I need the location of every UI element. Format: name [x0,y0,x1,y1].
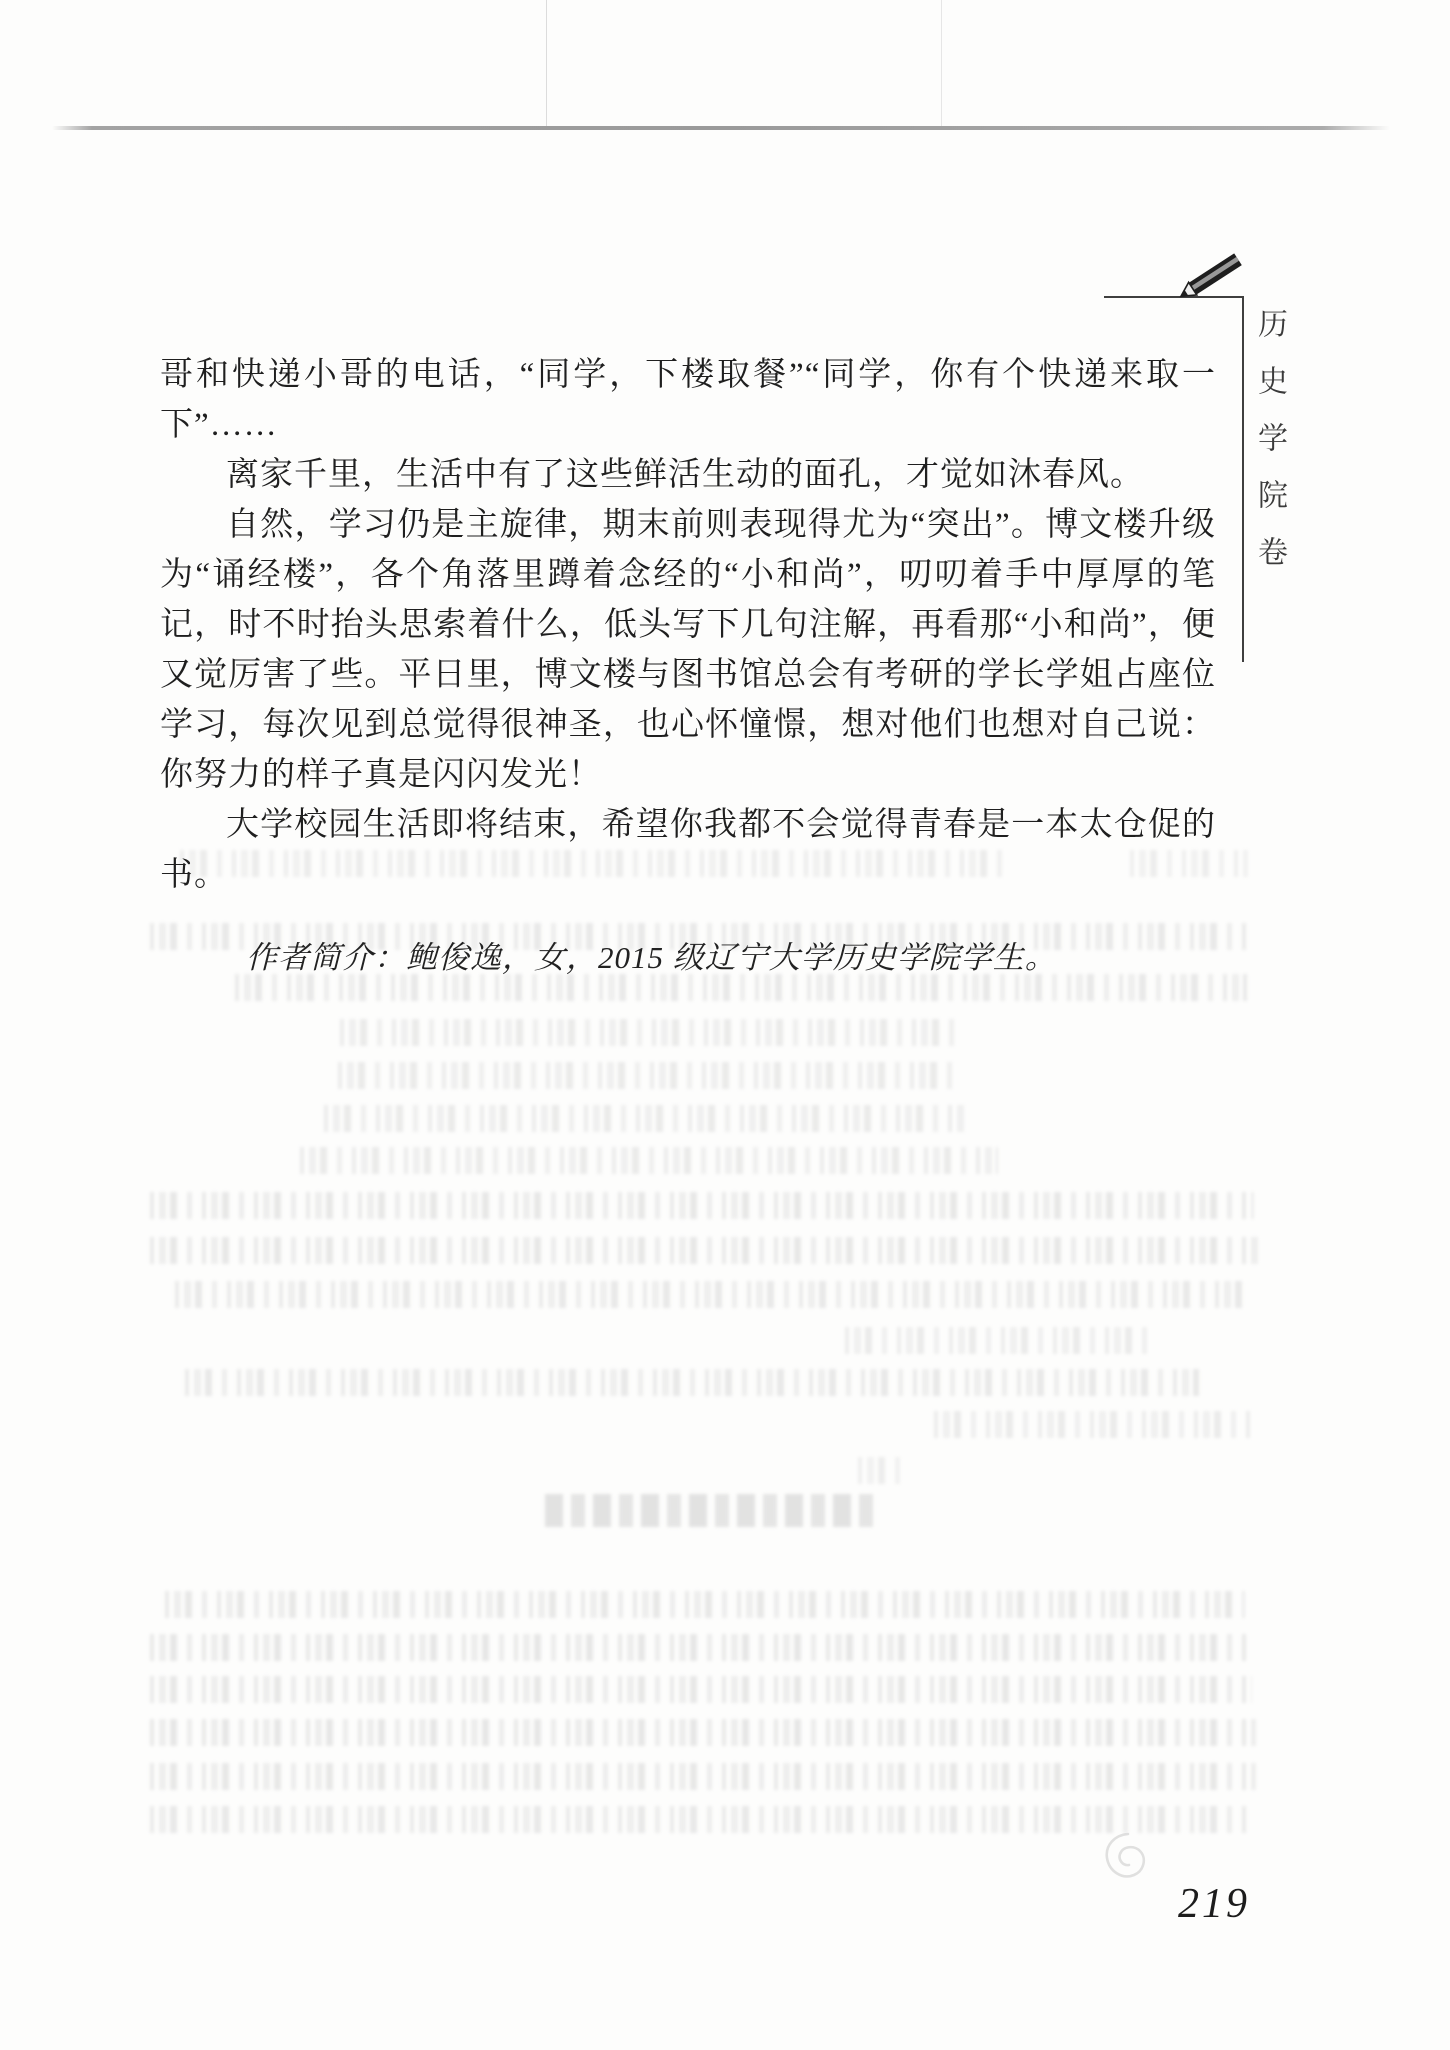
pencil-icon [1178,243,1258,305]
ghost-bleedthrough-line [175,1281,1248,1308]
ink-smudge-scribble [1094,1826,1154,1886]
ghost-bleedthrough-line [300,1147,998,1174]
scan-edge-line [52,126,1390,130]
ghost-bleedthrough-line [340,1019,962,1046]
ghost-bleedthrough-line [150,1806,1250,1833]
article-text: 哥和快递小哥的电话，“同学，下楼取餐”“同学，你有个快递来取一下”…… 离家千里… [160,350,1216,983]
ghost-bleedthrough-line [150,1763,1256,1790]
paragraph: 大学校园生活即将结束，希望你我都不会觉得青春是一本太仓促的书。 [160,800,1216,900]
ghost-bleedthrough-line [845,1327,1157,1354]
ghost-bleedthrough-line [150,1676,1252,1703]
ghost-bleedthrough-line [545,1494,875,1527]
page-number: 219 [1178,1880,1250,1928]
ghost-bleedthrough-line [934,1411,1254,1438]
scan-fold-line [546,0,547,126]
ghost-bleedthrough-line [150,1192,1254,1219]
scan-fold-line [941,0,942,126]
book-page: 历史学院卷 哥和快递小哥的电话，“同学，下楼取餐”“同学，你有个快递来取一下”…… [0,0,1450,2050]
paragraph-continuation: 哥和快递小哥的电话，“同学，下楼取餐”“同学，你有个快递来取一下”…… [160,350,1216,450]
paragraph: 自然，学习仍是主旋律，期末前则表现得尤为“突出”。博文楼升级为“诵经楼”，各个角… [160,500,1216,800]
ghost-bleedthrough-line [324,1105,964,1132]
ghost-bleedthrough-line [150,1634,1250,1661]
ghost-bleedthrough-line [150,1719,1256,1746]
ghost-bleedthrough-line [150,1237,1260,1264]
author-note: 作者简介：鲍俊逸，女，2015 级辽宁大学历史学院学生。 [160,933,1216,983]
paragraph: 离家千里，生活中有了这些鲜活生动的面孔，才觉如沐春风。 [160,450,1216,500]
ghost-bleedthrough-line [338,1062,956,1089]
ghost-bleedthrough-line [858,1457,900,1484]
ghost-bleedthrough-line [165,1591,1245,1618]
volume-side-label: 历史学院卷 [1247,308,1291,593]
ghost-bleedthrough-line [185,1369,1199,1396]
